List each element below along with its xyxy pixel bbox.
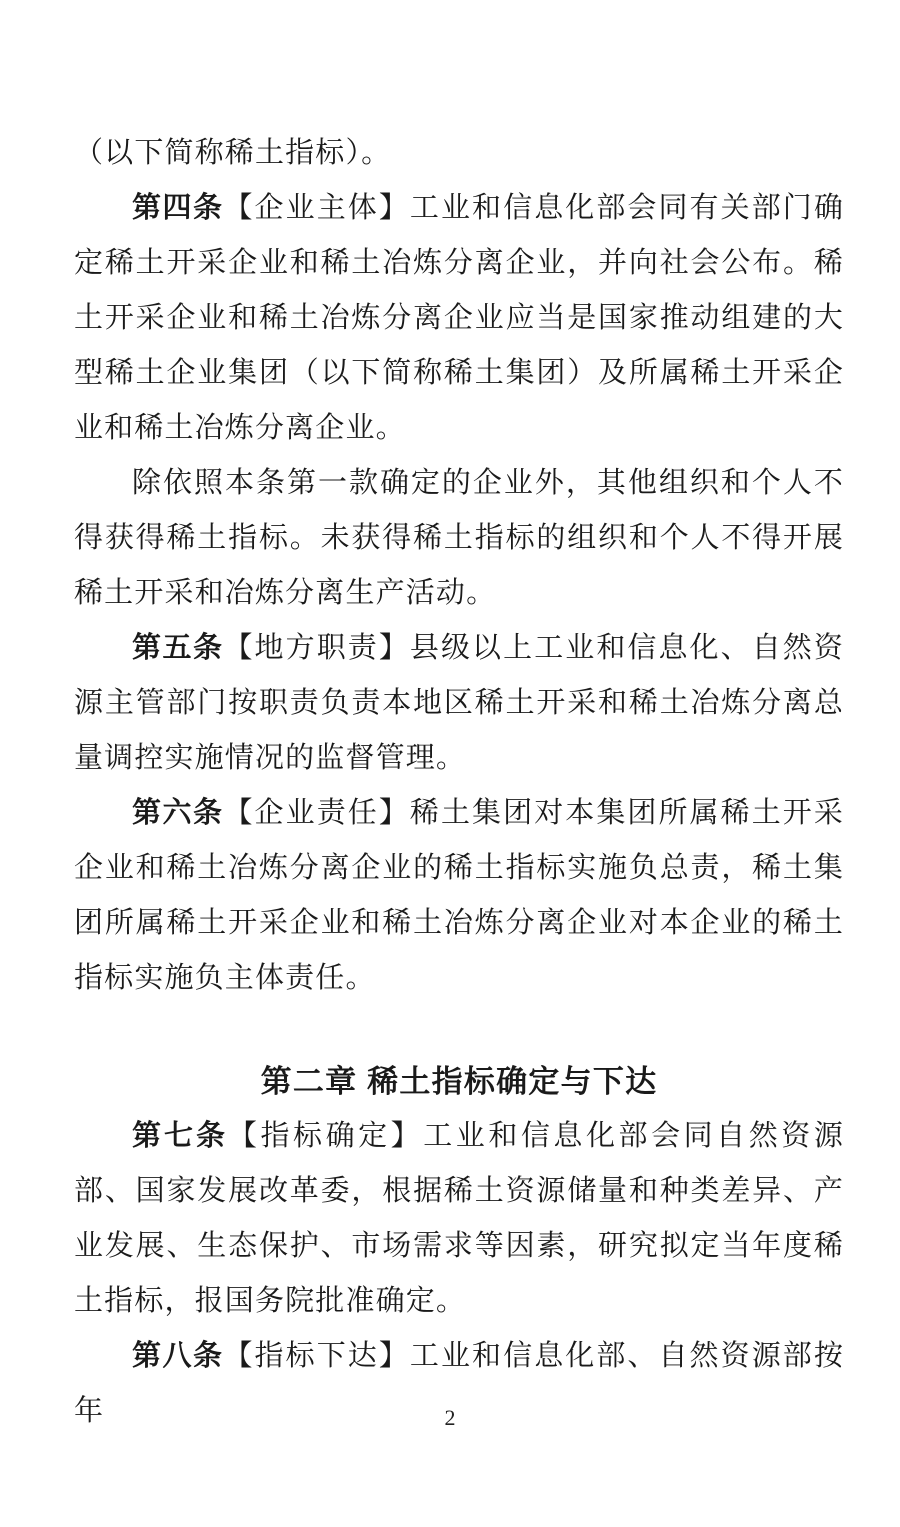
article-number: 第四条 (132, 192, 223, 224)
chapter-heading: 第二章 稀土指标确定与下达 (74, 1054, 844, 1109)
article-number: 第八条 (132, 1340, 223, 1372)
paragraph-text: 【企业主体】工业和信息化部会同有关部门确定稀土开采企业和稀土冶炼分离企业，并向社… (74, 192, 844, 444)
paragraph-text: （以下简称稀土指标）。 (74, 137, 391, 169)
paragraph: 第四条【企业主体】工业和信息化部会同有关部门确定稀土开采企业和稀土冶炼分离企业，… (74, 181, 844, 456)
document-page: （以下简称稀土指标）。 第四条【企业主体】工业和信息化部会同有关部门确定稀土开采… (0, 0, 900, 1527)
paragraph: （以下简称稀土指标）。 (74, 126, 844, 181)
article-number: 第七条 (132, 1120, 228, 1152)
paragraph: 第六条【企业责任】稀土集团对本集团所属稀土开采企业和稀土冶炼分离企业的稀土指标实… (74, 786, 844, 1006)
paragraph: 除依照本条第一款确定的企业外，其他组织和个人不得获得稀土指标。未获得稀土指标的组… (74, 456, 844, 621)
paragraph: 第五条【地方职责】县级以上工业和信息化、自然资源主管部门按职责负责本地区稀土开采… (74, 621, 844, 786)
article-number: 第五条 (132, 632, 223, 664)
paragraph: 第七条【指标确定】工业和信息化部会同自然资源部、国家发展改革委，根据稀土资源储量… (74, 1109, 844, 1329)
page-number: 2 (0, 1405, 900, 1431)
paragraph-text: 除依照本条第一款确定的企业外，其他组织和个人不得获得稀土指标。未获得稀土指标的组… (74, 467, 844, 609)
article-number: 第六条 (132, 797, 223, 829)
